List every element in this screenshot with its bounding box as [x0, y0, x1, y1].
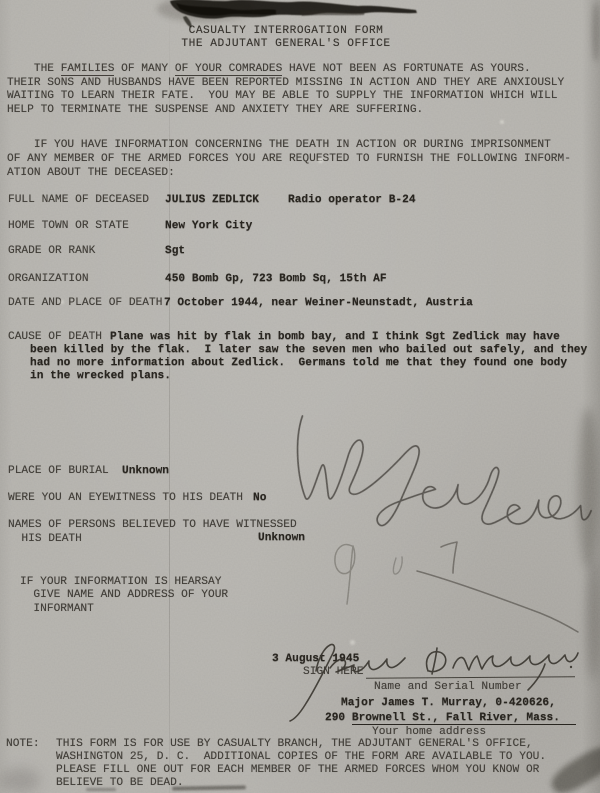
handwritten-margin-note: [290, 416, 598, 547]
field-value-cause-rest: been killed by the flak. I later saw the…: [30, 344, 587, 384]
field-value-witnesses: Unknown: [258, 532, 305, 544]
intro-paragraph1-line1: THE FAMILIES OF MANY OF YOUR COMRADES HA…: [7, 63, 531, 75]
underlined-word-families: FAMILIES: [61, 63, 115, 76]
field-label-full-name: FULL NAME OF DECEASED: [8, 194, 149, 206]
edge-smudge: [586, 560, 600, 680]
edge-smudge: [578, 408, 598, 568]
intro-text: THE: [7, 63, 61, 75]
name-serial-caption: Name and Serial Number: [374, 681, 522, 693]
field-label-hearsay: IF YOUR INFORMATION IS HEARSAY GIVE NAME…: [20, 576, 228, 616]
paper-speck: [350, 640, 355, 645]
field-label-burial: PLACE OF BURIAL: [8, 465, 109, 477]
handwriting-overlay: [0, 0, 600, 793]
ink-blot: [157, 0, 417, 28]
field-label-home-town: HOME TOWN OR STATE: [8, 220, 129, 232]
address-street: Brownell St., Fall River, Mass.: [352, 712, 576, 725]
home-address-line: 290 Brownell St., Fall River, Mass.: [325, 712, 576, 724]
typed-name-serial: Major James T. Murray, 0-420626,: [341, 697, 556, 709]
intro-text: HAVE NOT BEEN AS FORTUNATE AS YOURS.: [282, 63, 530, 75]
field-value-duty: Radio operator B-24: [288, 194, 416, 206]
scan-grain: [0, 0, 600, 793]
signature-date: 3 August 1945: [272, 653, 359, 665]
form-title-line2: THE ADJUTANT GENERAL'S OFFICE: [0, 38, 572, 50]
signature-line: [366, 676, 575, 679]
field-value-burial: Unknown: [122, 465, 169, 477]
field-label-grade: GRADE OR RANK: [8, 245, 95, 257]
field-label-eyewitness: WERE YOU AN EYEWITNESS TO HIS DEATH: [8, 492, 243, 504]
field-value-grade: Sgt: [165, 245, 185, 257]
corner-smudge: [0, 768, 40, 793]
document-page: CASUALTY INTERROGATION FORM THE ADJUTANT…: [0, 0, 600, 793]
edge-smudge: [592, 2, 600, 62]
field-value-cause-line1: Plane was hit by flak in bomb bay, and I…: [110, 331, 560, 343]
corner-smudge: [546, 740, 600, 793]
intro-paragraph1-rest: THEIR SONS AND HUSBANDS HAVE BEEN REPORT…: [7, 77, 564, 118]
handwritten-margin-numbers: [335, 542, 578, 632]
note-label: NOTE:: [6, 738, 40, 750]
field-value-home-town: New York City: [165, 220, 252, 232]
intro-paragraph2: IF YOU HAVE INFORMATION CONCERNING THE D…: [7, 138, 571, 180]
field-value-full-name: JULIUS ZEDLICK: [165, 194, 259, 206]
field-label-witnesses: NAMES OF PERSONS BELIEVED TO HAVE WITNES…: [8, 519, 297, 546]
intro-text: OF MANY: [114, 63, 174, 75]
sign-here-label: SIGN HERE: [303, 666, 363, 678]
paper-speck: [500, 120, 504, 124]
field-label-death-date-place: DATE AND PLACE OF DEATH: [8, 297, 162, 309]
form-title-line1: CASUALTY INTERROGATION FORM: [0, 25, 572, 37]
field-value-death-date-place: 7 October 1944, near Weiner-Neunstadt, A…: [164, 297, 473, 309]
field-label-cause-of-death: CAUSE OF DEATH: [8, 331, 102, 343]
note-body: THIS FORM IS FOR USE BY CASUALTY BRANCH,…: [56, 738, 546, 790]
home-address-caption: Your home address: [372, 726, 486, 738]
address-number: 290: [325, 712, 352, 724]
fold-line: [169, 0, 170, 793]
field-value-organization: 450 Bomb Gp, 723 Bomb Sq, 15th AF: [165, 273, 387, 285]
field-label-organization: ORGANIZATION: [8, 273, 89, 285]
field-value-eyewitness: No: [253, 492, 266, 504]
underlined-phrase-of-your-comrades: OF YOUR COMRADES: [175, 63, 282, 76]
